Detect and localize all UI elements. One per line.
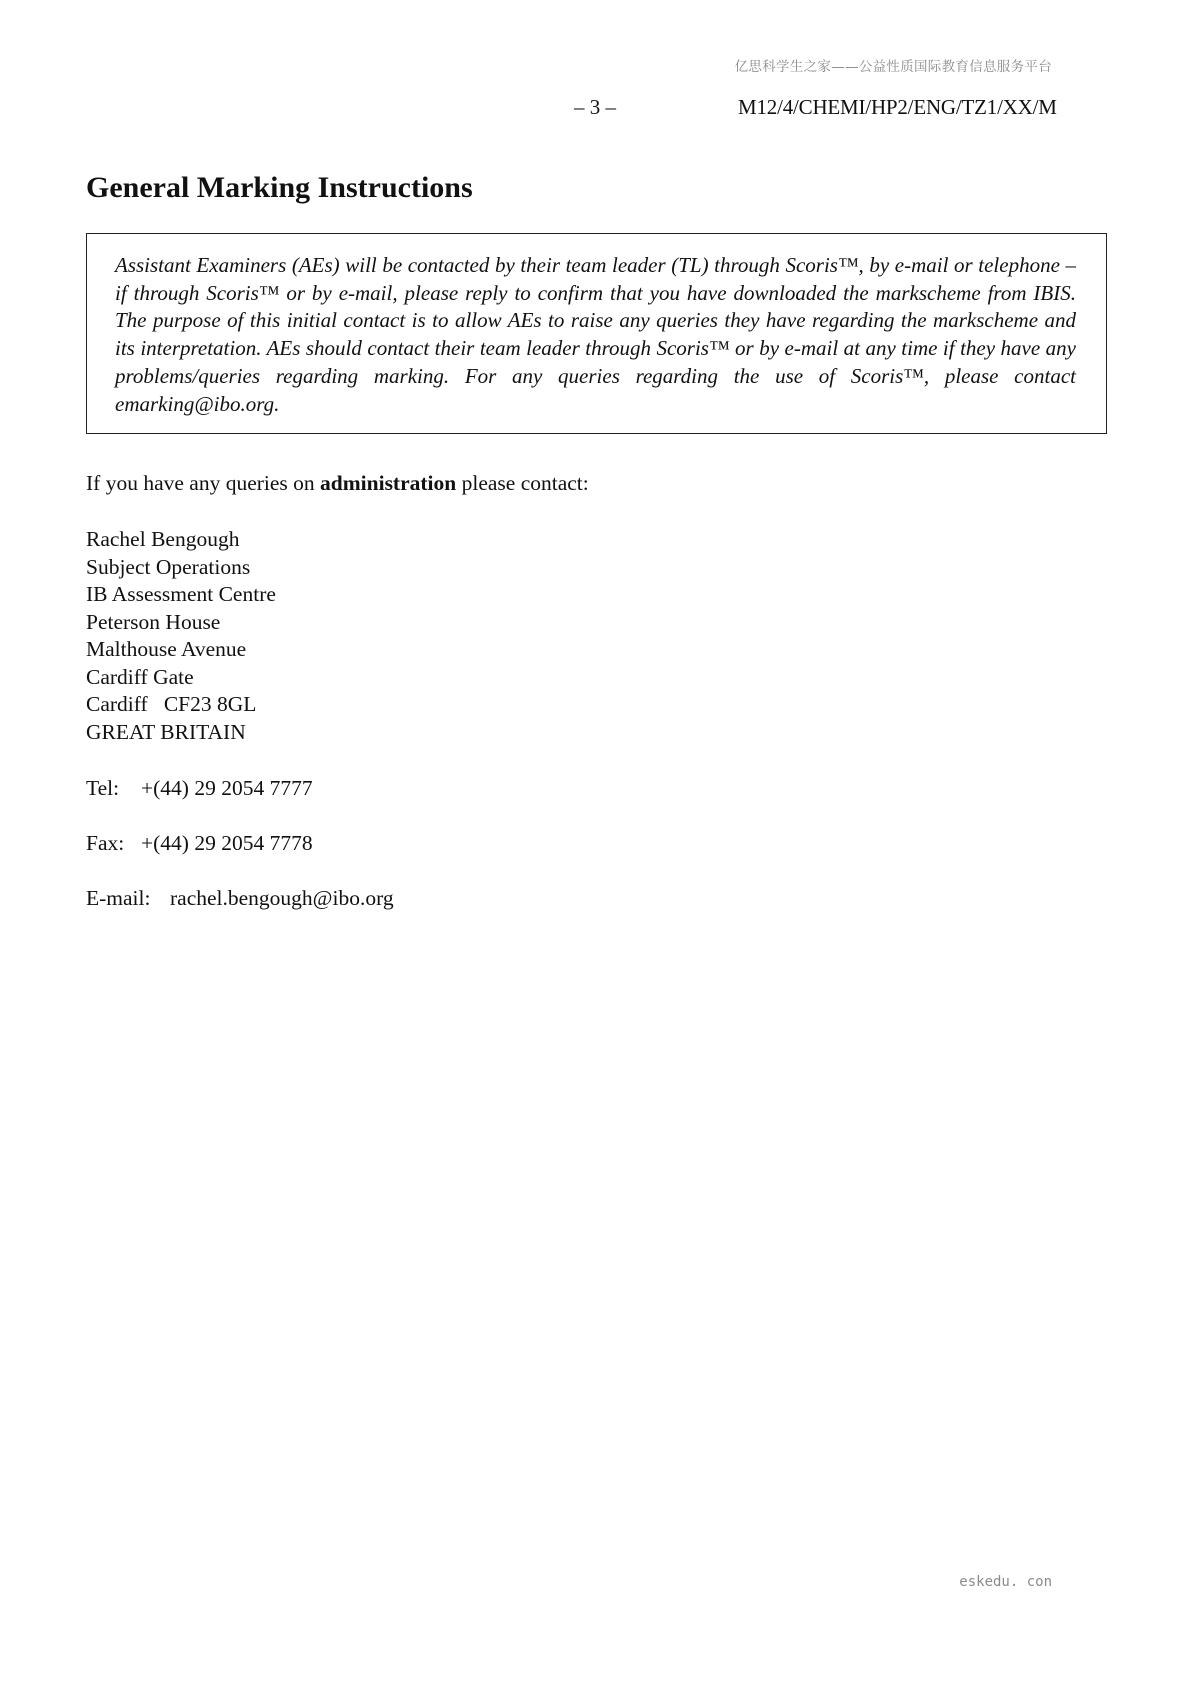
admin-intro: If you have any queries on administratio… — [86, 470, 589, 496]
email-line: E-mail:rachel.bengough@ibo.org — [86, 885, 394, 911]
address-line-street: Malthouse Avenue — [86, 636, 276, 664]
email-value: rachel.bengough@ibo.org — [170, 886, 394, 910]
watermark-top: 亿思科学生之家——公益性质国际教育信息服务平台 — [0, 55, 1052, 75]
address-line-organisation: IB Assessment Centre — [86, 581, 276, 609]
address-line-name: Rachel Bengough — [86, 526, 276, 554]
watermark-bottom: eskedu. con — [0, 1574, 1052, 1590]
address-line-city-postcode: Cardiff CF23 8GL — [86, 691, 276, 719]
address-line-department: Subject Operations — [86, 554, 276, 582]
fax-label: Fax: — [86, 830, 141, 856]
page-title: General Marking Instructions — [86, 170, 473, 206]
page-number: – 3 – — [574, 95, 616, 119]
notice-box: Assistant Examiners (AEs) will be contac… — [86, 233, 1107, 434]
telephone-label: Tel: — [86, 775, 141, 801]
intro-text-before: If you have any queries on — [86, 471, 320, 495]
email-label: E-mail: — [86, 885, 170, 911]
telephone-value: +(44) 29 2054 7777 — [141, 776, 313, 800]
fax-line: Fax:+(44) 29 2054 7778 — [86, 830, 313, 856]
notice-text: Assistant Examiners (AEs) will be contac… — [115, 252, 1076, 418]
intro-bold-keyword: administration — [320, 471, 456, 495]
telephone-line: Tel:+(44) 29 2054 7777 — [86, 775, 313, 801]
intro-text-after: please contact: — [456, 471, 589, 495]
address-line-building: Peterson House — [86, 609, 276, 637]
fax-value: +(44) 29 2054 7778 — [141, 831, 313, 855]
document-code: M12/4/CHEMI/HP2/ENG/TZ1/XX/M — [738, 95, 1057, 119]
address-line-country: GREAT BRITAIN — [86, 719, 276, 747]
address-line-area: Cardiff Gate — [86, 664, 276, 692]
postal-address: Rachel Bengough Subject Operations IB As… — [86, 526, 276, 746]
